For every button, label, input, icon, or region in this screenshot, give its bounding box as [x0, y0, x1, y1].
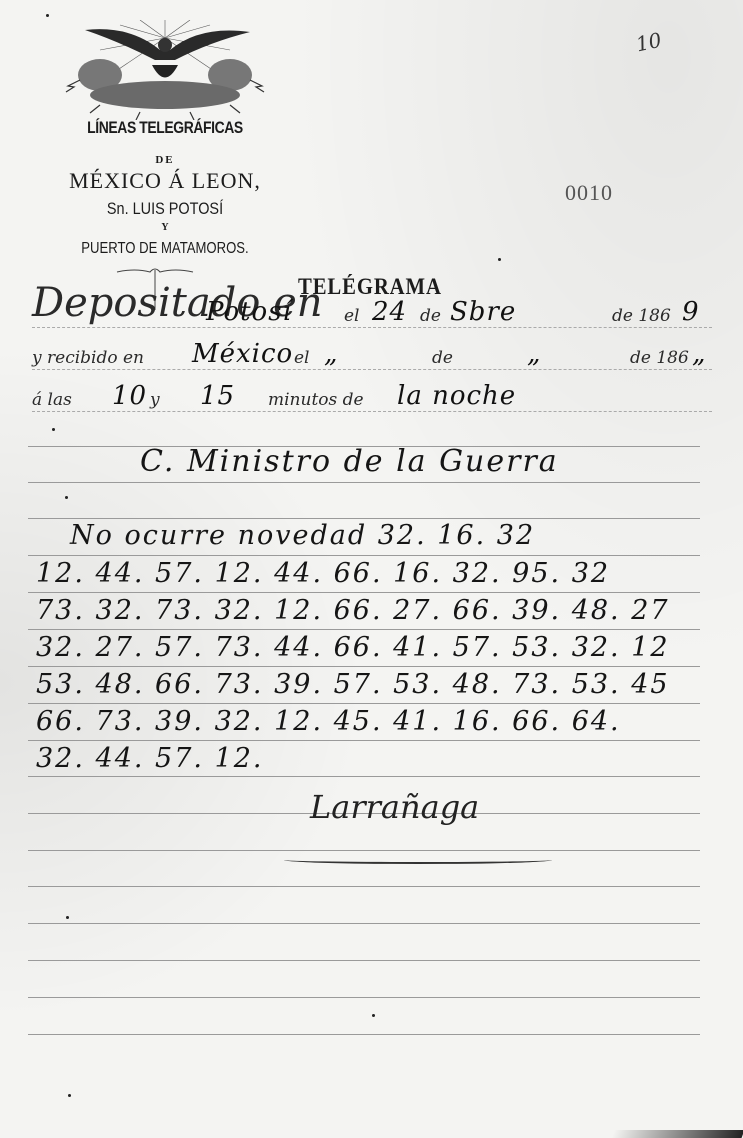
- deposited-day-label: el: [344, 306, 360, 326]
- deposited-year-suffix: 9: [682, 297, 700, 327]
- deposited-year-label: de 186: [612, 306, 671, 326]
- ruled-line: [28, 997, 700, 998]
- time-minutes-label: minutos de: [268, 390, 364, 410]
- ruled-line: [28, 555, 700, 556]
- ruled-line: [28, 886, 700, 887]
- received-year-suffix: „: [692, 339, 706, 369]
- deposited-row: Depositado en Potosí el 24 de Sbre de 18…: [32, 300, 712, 332]
- time-label: á las: [32, 390, 72, 410]
- message-line-1: No ocurre novedad 32. 16. 32: [70, 520, 743, 551]
- received-day-label: el: [294, 348, 310, 368]
- signature-underline: [284, 856, 552, 864]
- ruled-line: [28, 1034, 700, 1035]
- message-line-7: 32. 44. 57. 12.: [36, 743, 716, 774]
- ruled-line: [28, 850, 700, 851]
- letterhead-line-6: PUERTO DE MATAMOROS.: [63, 240, 268, 258]
- page-edge-shadow: [612, 1130, 743, 1138]
- ruled-line: [28, 592, 700, 593]
- letterhead-line-5: Y: [40, 222, 290, 233]
- ruled-line: [28, 666, 700, 667]
- speck: [46, 14, 49, 17]
- ruled-line: [28, 776, 700, 777]
- letterhead-line-2: DE: [40, 154, 290, 166]
- deposited-month-label: de: [420, 306, 441, 326]
- speck: [68, 1094, 71, 1097]
- archive-stamp-number: 0010: [565, 180, 613, 206]
- received-month: „: [527, 339, 541, 369]
- message-line-3: 73. 32. 73. 32. 12. 66. 27. 66. 39. 48. …: [36, 595, 716, 626]
- received-day: „: [324, 339, 338, 369]
- speck: [52, 428, 55, 431]
- letterhead-line-3: MÉXICO Á LEON,: [40, 168, 290, 194]
- ruled-line: [28, 960, 700, 961]
- received-month-label: de: [432, 348, 453, 368]
- deposited-place: Potosí: [206, 297, 292, 327]
- received-row: y recibido en México el „ de „ de 186 „: [32, 342, 712, 374]
- time-and-label: y: [150, 390, 160, 410]
- ruled-line: [28, 629, 700, 630]
- time-period: la noche: [397, 381, 516, 411]
- speck: [66, 916, 69, 919]
- ruled-line: [28, 923, 700, 924]
- speck: [372, 1014, 375, 1017]
- ruled-line: [28, 703, 700, 704]
- ruled-line: [28, 740, 700, 741]
- message-line-6: 66. 73. 39. 32. 12. 45. 41. 16. 66. 64.: [36, 706, 716, 737]
- received-place: México: [192, 339, 293, 369]
- speck: [65, 496, 68, 499]
- addressee: C. Ministro de la Guerra: [140, 444, 743, 479]
- deposited-month: Sbre: [450, 297, 516, 327]
- page-number: 10: [634, 28, 664, 57]
- letterhead-line-1: LÍNEAS TELEGRÁFICAS: [63, 118, 268, 138]
- time-row: á las 10 y 15 minutos de la noche: [32, 384, 712, 416]
- received-label: y recibido en: [32, 348, 144, 368]
- speck: [498, 258, 501, 261]
- received-year-label: de 186: [630, 348, 689, 368]
- signature: Larrañaga: [310, 788, 479, 826]
- time-hour: 10: [112, 381, 147, 411]
- message-line-5: 53. 48. 66. 73. 39. 57. 53. 48. 73. 53. …: [36, 669, 716, 700]
- message-line-2: 12. 44. 57. 12. 44. 66. 16. 32. 95. 32: [36, 558, 716, 589]
- time-minutes: 15: [200, 381, 235, 411]
- message-line-4: 32. 27. 57. 73. 44. 66. 41. 57. 53. 32. …: [36, 632, 716, 663]
- eagle-emblem-icon: [60, 20, 270, 120]
- telegram-sheet: LÍNEAS TELEGRÁFICAS DE MÉXICO Á LEON, Sn…: [0, 0, 743, 1138]
- ruled-line: [28, 482, 700, 483]
- letterhead-line-4: Sn. LUIS POTOSÍ: [59, 199, 272, 219]
- ruled-line: [28, 518, 700, 519]
- deposited-day: 24: [372, 297, 407, 327]
